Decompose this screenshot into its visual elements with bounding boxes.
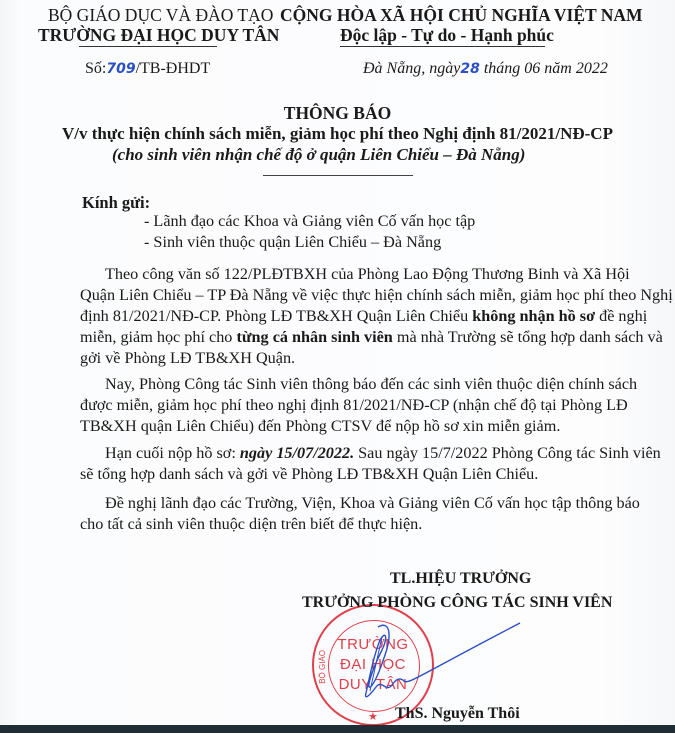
university-name: TRƯỜNG ĐẠI HỌC DUY TÂN [38,25,279,46]
date-prefix: Đà Nẵng, ngày [363,60,460,77]
paragraph-4-line: Đề nghị lãnh đạo các Trường, Viện, Khoa … [105,493,640,514]
text-run: Hạn cuối nộp hồ sơ: [105,444,240,462]
paragraph-1-line: gởi về Phòng LĐ TB&XH Quận. [80,348,295,369]
handwritten-day: 28 [460,61,479,77]
paragraph-1-line: miễn, giảm học phí cho từng cá nhân sinh… [80,327,663,348]
text-run: mà nhà Trường sẽ tổng hợp danh sách và [393,328,663,346]
recipients-label: Kính gửi: [82,193,150,213]
deadline-text: ngày 15/07/2022. [240,444,354,462]
country-slogan: Độc lập - Tự do - Hạnh phúc [340,25,554,46]
text-run: Sau ngày 15/7/2022 Phòng Công tác Sinh v… [354,444,661,462]
document-date: Đà Nẵng, ngày28 tháng 06 năm 2022 [363,60,608,78]
document-number: Số:709/TB-ĐHDT [85,60,210,78]
ministry-name: BỘ GIÁO DỤC VÀ ĐÀO TẠO [48,5,273,26]
document-subject-note: (cho sinh viên nhận chế độ ở quận Liên C… [112,145,525,165]
document-page: BỘ GIÁO DỤC VÀ ĐÀO TẠO TRƯỜNG ĐẠI HỌC DU… [0,0,675,725]
number-suffix: /TB-ĐHDT [136,60,211,77]
header-left-divider [79,46,217,47]
document-title: THÔNG BÁO [0,103,675,124]
recipient-item: - Lãnh đạo các Khoa và Giảng viên Cố vấn… [144,211,475,232]
signer-name: ThS. Nguyễn Thôi [395,705,520,723]
handwritten-number: 709 [106,61,135,77]
title-divider [263,175,413,176]
stamp-ring-text: BỘ GIÁO [318,650,327,684]
date-suffix: tháng 06 năm 2022 [484,60,608,77]
text-run: đề nghị [595,307,647,325]
text-run: miễn, giảm học phí cho [80,328,236,346]
text-run: định 81/2021/NĐ-CP. Phòng LĐ TB&XH Quận … [80,307,472,325]
country-motto: CỘNG HÒA XÃ HỘI CHỦ NGHĨA VIỆT NAM [280,5,643,26]
number-prefix: Số: [85,60,106,77]
university-name-text: TRƯỜNG ĐẠI HỌC DUY TÂN [38,25,279,45]
bold-text-run: từng cá nhân sinh viên [236,328,392,346]
bold-text-run: không nhận hồ sơ [472,307,595,325]
signature-position: TRƯỞNG PHÒNG CÔNG TÁC SINH VIÊN [302,594,612,612]
paragraph-4-line: cho tất cả sinh viên thuộc diện trên biế… [80,514,422,535]
document-subject: V/v thực hiện chính sách miễn, giảm học … [62,124,613,144]
window-bottom-bar [0,725,675,733]
header-right-divider [340,46,545,47]
handwritten-signature [330,615,530,715]
paragraph-2-line: Nay, Phòng Công tác Sinh viên thông báo … [105,374,637,395]
paragraph-3-line: sẽ tổng hợp danh sách và gởi về Phòng LĐ… [80,464,538,485]
paragraph-3-line: Hạn cuối nộp hồ sơ: ngày 15/07/2022. Sau… [105,443,661,464]
paragraph-1-line: Theo công văn số 122/PLĐTBXH của Phòng L… [105,264,630,285]
recipient-item: - Sinh viên thuộc quận Liên Chiểu – Đà N… [144,232,441,253]
paragraph-2-line: được miễn, giảm học phí theo nghị định 8… [80,395,628,416]
paragraph-2-line: TB&XH quận Liên Chiểu) đến Phòng CTSV để… [80,416,560,437]
signature-title: TL.HIỆU TRƯỞNG [390,570,531,588]
paragraph-1-line: Quận Liên Chiểu – TP Đà Nẵng về việc thự… [80,285,673,306]
paragraph-1-line: định 81/2021/NĐ-CP. Phòng LĐ TB&XH Quận … [80,306,647,327]
